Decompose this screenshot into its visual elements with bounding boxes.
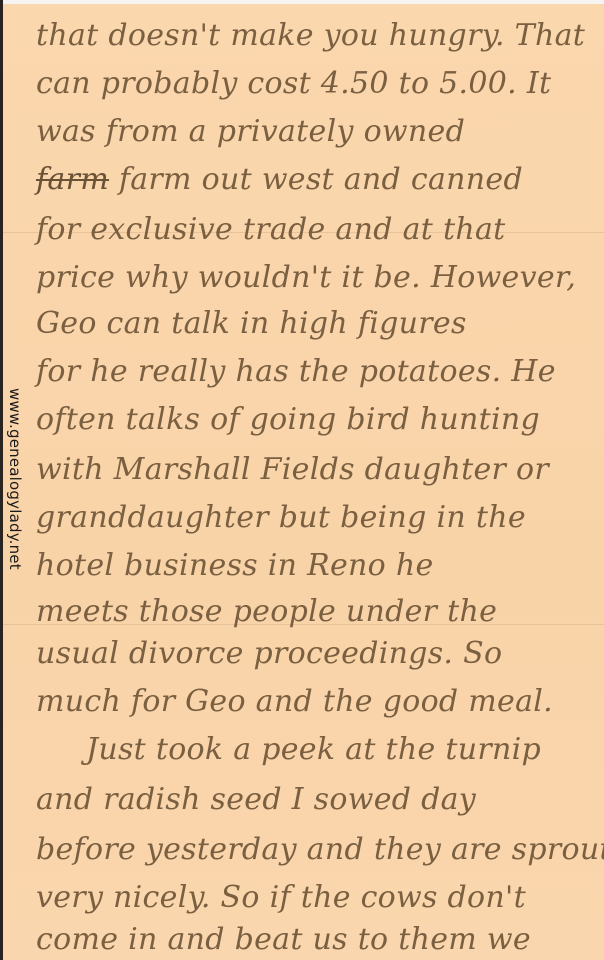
struck-word: farm [36, 162, 109, 197]
text-line-6: price why wouldn't it be. However, [36, 260, 576, 295]
text-line-2: can probably cost 4.50 to 5.00. It [36, 66, 551, 101]
text-line-4: farm farm out west and canned [36, 162, 523, 197]
scan-border-left [0, 0, 3, 960]
text-line-3: was from a privately owned [36, 114, 465, 149]
text-line-17: and radish seed I sowed day [36, 782, 476, 817]
text-line-9: often talks of going bird hunting [36, 402, 540, 437]
text-line-14: usual divorce proceedings. So [36, 636, 502, 671]
text-line-11: granddaughter but being in the [36, 500, 526, 535]
text-line-12: hotel business in Reno he [36, 548, 434, 583]
text-line-15: much for Geo and the good meal. [36, 684, 553, 719]
text-line-7: Geo can talk in high figures [36, 306, 467, 341]
text-line-13: meets those people under the [36, 594, 497, 629]
text-line-1: that doesn't make you hungry. That [36, 18, 585, 53]
text-line-18: before yesterday and they are sprouting [36, 832, 604, 867]
text-line-20: come in and beat us to them we [36, 922, 531, 957]
text-line-16: Just took a peek at the turnip [86, 732, 541, 767]
text-line-10: with Marshall Fields daughter or [36, 452, 549, 487]
text-line-19: very nicely. So if the cows don't [36, 880, 526, 915]
watermark-text: www.genealogylady.net [4, 388, 24, 598]
text-line-8: for he really has the potatoes. He [36, 354, 556, 389]
text-line-5: for exclusive trade and at that [36, 212, 505, 247]
text-line-4-body: farm out west and canned [119, 162, 523, 197]
